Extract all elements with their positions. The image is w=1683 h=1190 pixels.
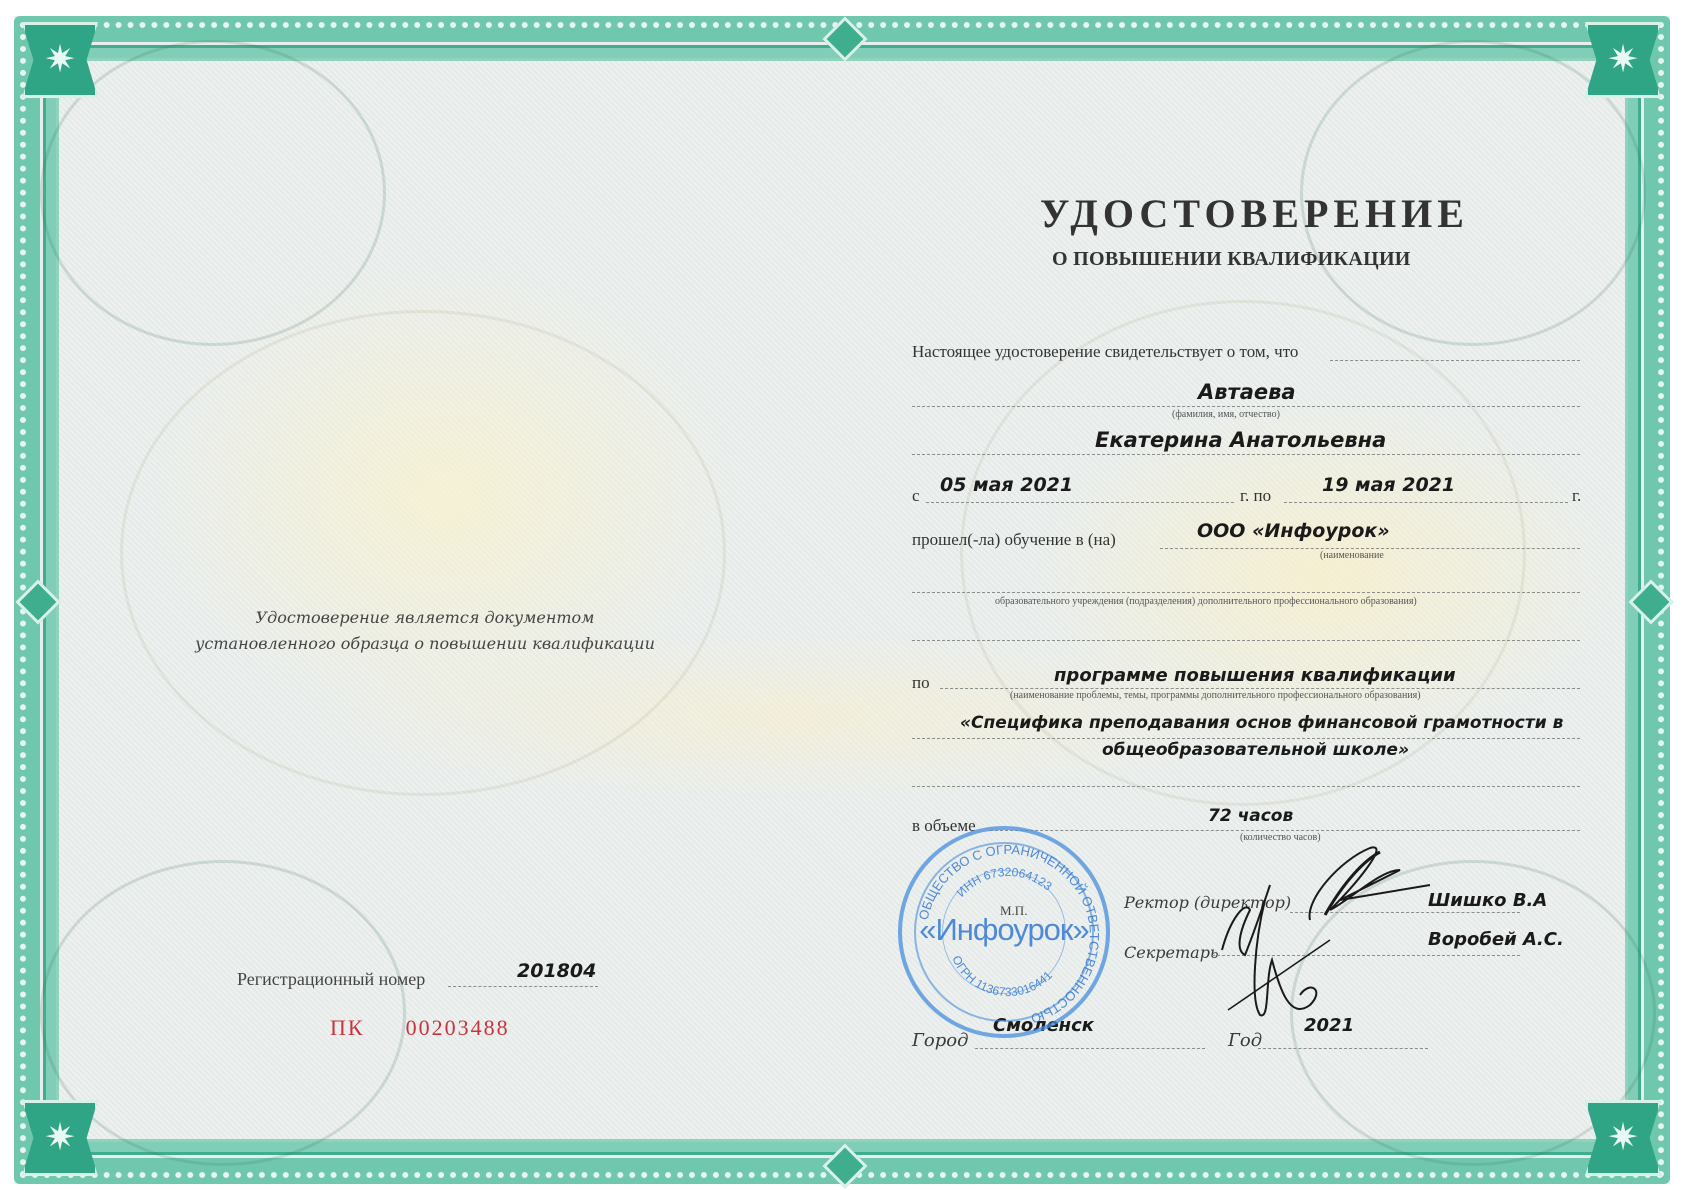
company-stamp: ОБЩЕСТВО С ОГРАНИЧЕННОЙ ОТВЕТСТВЕННОСТЬЮ… bbox=[898, 826, 1110, 1038]
field-line bbox=[1258, 1048, 1428, 1049]
stamp-place-label: М.П. bbox=[1000, 903, 1027, 919]
date-suffix: г. bbox=[1572, 486, 1581, 506]
field-line bbox=[912, 592, 1580, 593]
field-line bbox=[448, 986, 598, 987]
svg-text:ИНН 6732064123: ИНН 6732064123 bbox=[954, 865, 1055, 900]
trained-at-label: прошел(-ла) обучение в (на) bbox=[912, 530, 1116, 550]
institution-value: ООО «Инфоурок» bbox=[1197, 520, 1390, 542]
program-prefix: по bbox=[912, 673, 930, 693]
note-line-2: установленного образца о повышении квали… bbox=[185, 631, 665, 657]
certificate-subtitle: О ПОВЫШЕНИИ КВАЛИФИКАЦИИ bbox=[1052, 248, 1411, 271]
svg-text:ОГРН 1136733016441: ОГРН 1136733016441 bbox=[949, 953, 1055, 999]
institution-hint-full: образовательного учреждения (подразделен… bbox=[995, 596, 1417, 607]
field-line bbox=[926, 502, 1234, 503]
guilloche-rosette bbox=[120, 310, 726, 796]
field-line bbox=[1330, 360, 1580, 361]
note-line-1: Удостоверение является документом bbox=[185, 605, 665, 631]
field-line bbox=[912, 786, 1580, 787]
field-line bbox=[912, 454, 1580, 455]
certificate-title: УДОСТОВЕРЕНИЕ bbox=[1040, 190, 1469, 237]
secretary-signature bbox=[1210, 880, 1340, 1040]
serial-series: ПК bbox=[330, 1015, 365, 1040]
corner-star-icon: ✷ bbox=[22, 22, 98, 98]
field-line bbox=[1284, 502, 1568, 503]
date-to-value: 19 мая 2021 bbox=[1322, 474, 1455, 496]
serial-number: ПК 00203488 bbox=[330, 1015, 510, 1041]
program-type-value: программе повышения квалификации bbox=[1054, 665, 1456, 686]
field-line bbox=[1160, 548, 1580, 549]
left-page-note: Удостоверение является документом устано… bbox=[185, 605, 665, 657]
program-name-line-2: общеобразовательной школе» bbox=[1102, 740, 1409, 760]
corner-star-icon: ✷ bbox=[22, 1100, 98, 1176]
secretary-label: Секретарь bbox=[1124, 943, 1219, 962]
field-line bbox=[912, 738, 1580, 739]
program-hint: (наименование проблемы, темы, программы … bbox=[1010, 690, 1421, 701]
date-from-prefix: с bbox=[912, 486, 920, 506]
given-names-value: Екатерина Анатольевна bbox=[1095, 428, 1386, 452]
intro-text: Настоящее удостоверение свидетельствует … bbox=[912, 342, 1298, 362]
rector-name: Шишко В.А bbox=[1428, 890, 1547, 911]
serial-digits: 00203488 bbox=[406, 1015, 510, 1040]
field-line bbox=[912, 640, 1580, 641]
secretary-name: Воробей А.С. bbox=[1428, 929, 1564, 950]
field-line bbox=[975, 1048, 1205, 1049]
surname-value: Автаева bbox=[1198, 380, 1296, 404]
institution-hint: (наименование bbox=[1320, 550, 1384, 561]
registration-label: Регистрационный номер bbox=[237, 969, 425, 990]
program-name-line-1: «Специфика преподавания основ финансовой… bbox=[960, 713, 1563, 733]
corner-star-icon: ✷ bbox=[1585, 22, 1661, 98]
date-mid-label: г. по bbox=[1240, 486, 1271, 506]
date-from-value: 05 мая 2021 bbox=[940, 474, 1073, 496]
guilloche-wave bbox=[40, 860, 406, 1166]
registration-number: 201804 bbox=[517, 960, 596, 982]
volume-value: 72 часов bbox=[1208, 806, 1293, 826]
corner-star-icon: ✷ bbox=[1585, 1100, 1661, 1176]
field-line bbox=[940, 688, 1580, 689]
name-hint: (фамилия, имя, отчество) bbox=[1172, 409, 1280, 420]
field-line bbox=[912, 406, 1580, 407]
